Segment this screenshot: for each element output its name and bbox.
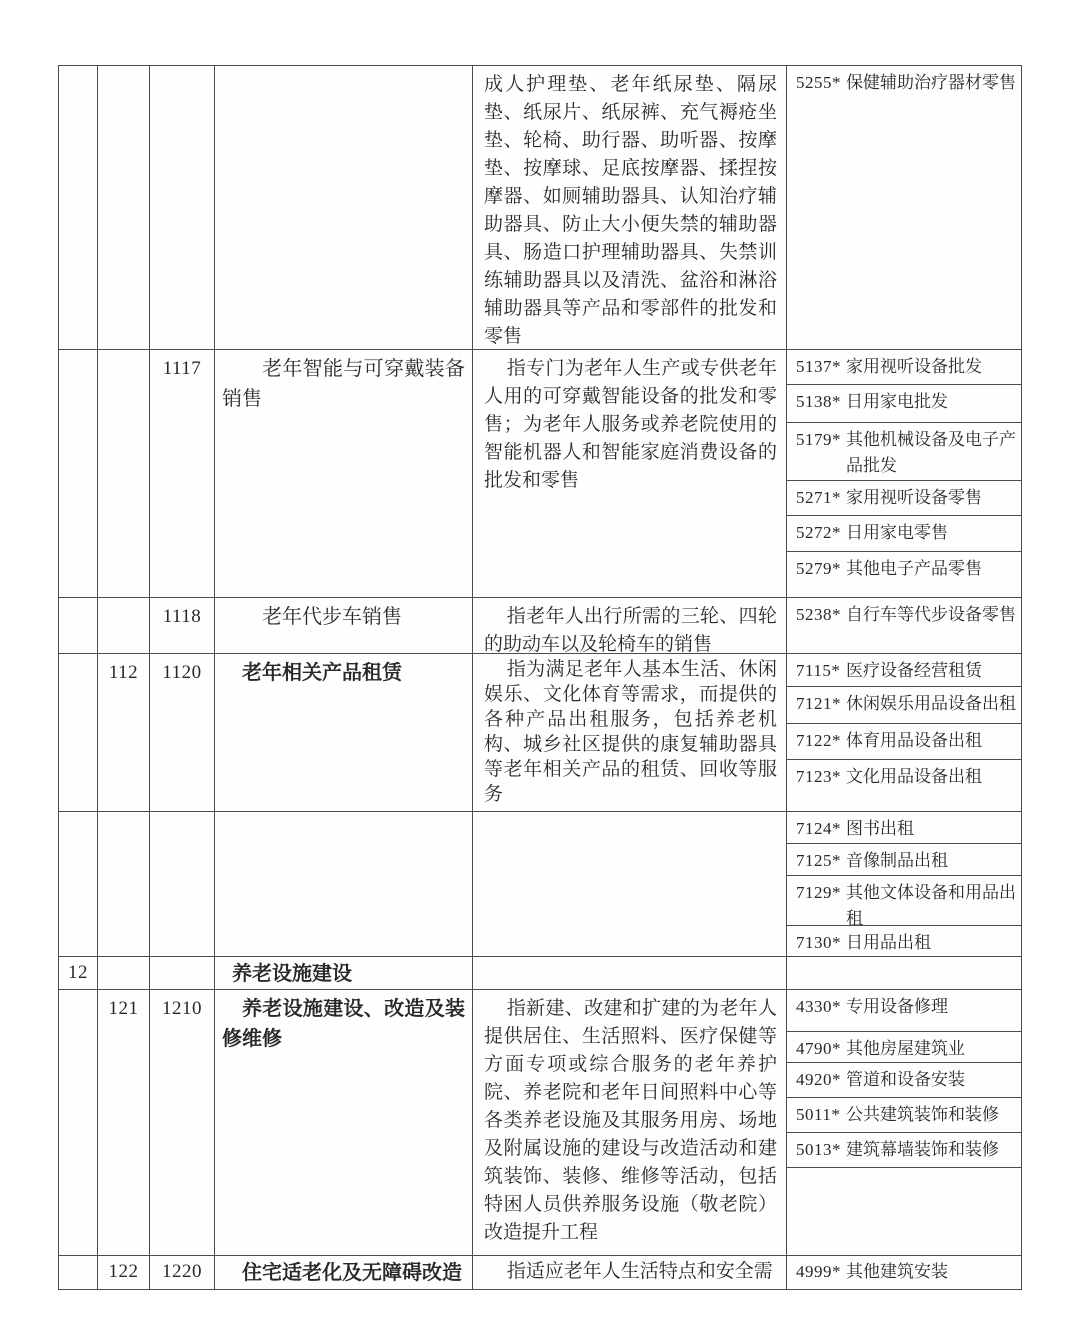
description-text: 指新建、改建和扩建的为老年人提供居住、生活照料、医疗保健等方面专项或综合服务的老… [484, 995, 777, 1247]
level3-code: 1120 [162, 662, 201, 683]
level2-code: 112 [109, 662, 138, 683]
industry-code-entry: 5255* 保健辅助治疗器材零售 [787, 66, 1021, 349]
description-text: 指为满足老年人基本生活、休闲娱乐、文化体育等需求，而提供的各种产品出租服务，包括… [484, 657, 777, 807]
industry-code-number: 5013* [796, 1137, 846, 1163]
level1-code-cell [59, 598, 98, 653]
table-row: 12 养老设施建设 [59, 957, 1021, 990]
description-cell [473, 812, 787, 956]
category-name-cell: 住宅适老化及无障碍改造 [215, 1256, 473, 1289]
table-row: 成人护理垫、老年纸尿垫、隔尿垫、纸尿片、纸尿裤、充气褥疮坐垫、轮椅、助行器、助听… [59, 66, 1021, 350]
industry-code-label: 日用家电批发 [846, 389, 1017, 415]
description-text: 指专门为老年人生产或专供老年人用的可穿戴智能设备的批发和零售；为老年人服务或养老… [484, 355, 777, 495]
description-cell: 指适应老年人生活特点和安全需 [473, 1256, 787, 1289]
industry-code-number: 5137* [796, 354, 846, 380]
industry-code-entry: 7122* 体育用品设备出租 [787, 724, 1021, 761]
industry-codes-cell: 7115* 医疗设备经营租赁 7121* 休闲娱乐用品设备出租 7122* 体育… [787, 654, 1021, 811]
industry-code-label: 专用设备修理 [846, 994, 1017, 1020]
level3-code: 1117 [163, 358, 202, 379]
industry-code-number: 4790* [796, 1036, 846, 1062]
industry-codes-cell: 4999* 其他建筑安装 [787, 1256, 1021, 1289]
category-name-cell [215, 66, 473, 349]
industry-code-number: 5179* [796, 427, 846, 453]
industry-code-label: 图书出租 [846, 816, 1017, 842]
industry-code-label: 日用家电零售 [846, 520, 1017, 546]
industry-code-label: 建筑幕墙装饰和装修 [846, 1137, 1017, 1163]
industry-code-number: 7130* [796, 930, 846, 956]
table-row: 1118 老年代步车销售 指老年人出行所需的三轮、四轮的助动车以及轮椅车的销售 … [59, 598, 1021, 654]
industry-code-entry: 4790* 其他房屋建筑业 [787, 1032, 1021, 1063]
level3-code-cell [150, 66, 215, 349]
industry-code-label: 休闲娱乐用品设备出租 [846, 691, 1017, 717]
industry-code-entry: 5138* 日用家电批发 [787, 385, 1021, 423]
industry-code-label: 家用视听设备零售 [846, 485, 1017, 511]
industry-code-number: 4920* [796, 1067, 846, 1093]
industry-code-number: 4999* [796, 1259, 846, 1285]
category-name-cell [215, 812, 473, 956]
table-row: 1117 老年智能与可穿戴装备销售 指专门为老年人生产或专供老年人用的可穿戴智能… [59, 350, 1021, 598]
industry-code-number: 7122* [796, 728, 846, 754]
table-row: 122 1220 住宅适老化及无障碍改造 指适应老年人生活特点和安全需 4999… [59, 1256, 1021, 1289]
industry-code-label: 其他建筑安装 [846, 1259, 1017, 1285]
industry-code-number: 5271* [796, 485, 846, 511]
industry-codes-cell: 4330* 专用设备修理 4790* 其他房屋建筑业 4920* 管道和设备安装… [787, 990, 1021, 1255]
industry-code-number: 7124* [796, 816, 846, 842]
page: { "document": { "kind": "老龄产业分类统计表（扫描页）"… [0, 0, 1080, 1322]
description-cell: 成人护理垫、老年纸尿垫、隔尿垫、纸尿片、纸尿裤、充气褥疮坐垫、轮椅、助行器、助听… [473, 66, 787, 349]
industry-code-entry: 5272* 日用家电零售 [787, 516, 1021, 552]
level2-code-cell: 121 [98, 990, 150, 1255]
industry-code-label: 音像制品出租 [846, 848, 1017, 874]
industry-code-entry: 7129* 其他文体设备和用品出租 [787, 876, 1021, 926]
industry-code-label: 日用品出租 [846, 930, 1017, 956]
level1-code-cell: 12 [59, 957, 98, 989]
industry-code-entry: 4920* 管道和设备安装 [787, 1063, 1021, 1098]
industry-code-entry: 7123* 文化用品设备出租 [787, 760, 1021, 811]
level1-code-cell [59, 812, 98, 956]
description-cell: 指专门为老年人生产或专供老年人用的可穿戴智能设备的批发和零售；为老年人服务或养老… [473, 350, 787, 597]
industry-code-entry: 4999* 其他建筑安装 [787, 1256, 1021, 1288]
level3-code: 1210 [162, 998, 202, 1019]
level2-code-cell [98, 66, 150, 349]
industry-code-number: 5272* [796, 520, 846, 546]
industry-code-entry: 7130* 日用品出租 [787, 926, 1021, 956]
category-name: 老年代步车销售 [222, 602, 465, 632]
industry-code-entry: 7115* 医疗设备经营租赁 [787, 654, 1021, 687]
industry-code-entry: 5271* 家用视听设备零售 [787, 481, 1021, 516]
level1-code-cell [59, 350, 98, 597]
level2-code-cell: 122 [98, 1256, 150, 1289]
industry-code-entry: 5011* 公共建筑装饰和装修 [787, 1098, 1021, 1133]
category-name: 老年相关产品租赁 [222, 658, 465, 688]
category-name: 住宅适老化及无障碍改造 [222, 1258, 465, 1288]
industry-code-number: 7115* [796, 658, 846, 684]
industry-code-label: 其他文体设备和用品出租 [846, 880, 1017, 932]
level1-code-cell [59, 66, 98, 349]
industry-codes-cell: 5238* 自行车等代步设备零售 [787, 598, 1021, 653]
level1-code: 12 [68, 962, 88, 983]
industry-code-number: 7123* [796, 764, 846, 790]
level3-code-cell: 1210 [150, 990, 215, 1255]
category-name-cell: 养老设施建设、改造及装修维修 [215, 990, 473, 1255]
level3-code-cell [150, 957, 215, 989]
industry-code-label: 公共建筑装饰和装修 [846, 1102, 1017, 1128]
industry-code-label: 家用视听设备批发 [846, 354, 1017, 380]
level3-code: 1220 [162, 1261, 202, 1282]
industry-codes-cell: 5137* 家用视听设备批发 5138* 日用家电批发 5179* 其他机械设备… [787, 350, 1021, 597]
industry-code-number: 7129* [796, 880, 846, 906]
industry-code-label: 医疗设备经营租赁 [846, 658, 1017, 684]
description-cell [473, 957, 787, 989]
level3-code-cell: 1220 [150, 1256, 215, 1289]
category-name: 老年智能与可穿戴装备销售 [222, 354, 465, 414]
level2-code-cell [98, 598, 150, 653]
industry-code-label: 体育用品设备出租 [846, 728, 1017, 754]
industry-code-entry: 7125* 音像制品出租 [787, 844, 1021, 876]
industry-code-number: 7121* [796, 691, 846, 717]
description-cell: 指新建、改建和扩建的为老年人提供居住、生活照料、医疗保健等方面专项或综合服务的老… [473, 990, 787, 1255]
industry-code-number: 7125* [796, 848, 846, 874]
industry-code-label: 管道和设备安装 [846, 1067, 1017, 1093]
level2-code-cell [98, 350, 150, 597]
industry-code-label: 文化用品设备出租 [846, 764, 1017, 790]
industry-code-number: 5138* [796, 389, 846, 415]
table-row: 112 1120 老年相关产品租赁 指为满足老年人基本生活、休闲娱乐、文化体育等… [59, 654, 1021, 812]
industry-code-number: 5279* [796, 556, 846, 582]
industry-code-entry: 5279* 其他电子产品零售 [787, 552, 1021, 597]
industry-code-entry: 5179* 其他机械设备及电子产品批发 [787, 423, 1021, 482]
category-name: 养老设施建设 [222, 959, 465, 989]
industry-code-entry: 5238* 自行车等代步设备零售 [787, 598, 1021, 653]
description-text: 指适应老年人生活特点和安全需 [484, 1258, 777, 1286]
description-text: 指老年人出行所需的三轮、四轮的助动车以及轮椅车的销售 [484, 603, 777, 653]
industry-code-label: 自行车等代步设备零售 [846, 602, 1017, 628]
classification-table: 成人护理垫、老年纸尿垫、隔尿垫、纸尿片、纸尿裤、充气褥疮坐垫、轮椅、助行器、助听… [58, 65, 1022, 1290]
industry-code-entry: 4330* 专用设备修理 [787, 990, 1021, 1032]
category-name-cell: 养老设施建设 [215, 957, 473, 989]
industry-code-label: 保健辅助治疗器材零售 [846, 70, 1017, 96]
description-text: 成人护理垫、老年纸尿垫、隔尿垫、纸尿片、纸尿裤、充气褥疮坐垫、轮椅、助行器、助听… [484, 71, 777, 349]
category-name-cell: 老年智能与可穿戴装备销售 [215, 350, 473, 597]
level2-code: 121 [109, 998, 139, 1019]
industry-code-number: 5238* [796, 602, 846, 628]
level3-code: 1118 [163, 606, 202, 627]
level3-code-cell: 1118 [150, 598, 215, 653]
category-name: 养老设施建设、改造及装修维修 [222, 994, 465, 1054]
level1-code-cell [59, 1256, 98, 1289]
level2-code-cell [98, 957, 150, 989]
industry-codes-cell [787, 957, 1021, 989]
industry-code-entry: 7121* 休闲娱乐用品设备出租 [787, 687, 1021, 724]
industry-code-entry: 5137* 家用视听设备批发 [787, 350, 1021, 385]
industry-code-number: 5255* [796, 70, 846, 96]
level2-code-cell: 112 [98, 654, 150, 811]
description-cell: 指为满足老年人基本生活、休闲娱乐、文化体育等需求，而提供的各种产品出租服务，包括… [473, 654, 787, 811]
level1-code-cell [59, 654, 98, 811]
level2-code-cell [98, 812, 150, 956]
industry-code-label: 其他电子产品零售 [846, 556, 1017, 582]
level3-code-cell [150, 812, 215, 956]
level1-code-cell [59, 990, 98, 1255]
level3-code-cell: 1120 [150, 654, 215, 811]
industry-code-number: 5011* [796, 1102, 846, 1128]
industry-code-label: 其他机械设备及电子产品批发 [846, 427, 1017, 479]
category-name-cell: 老年代步车销售 [215, 598, 473, 653]
level3-code-cell: 1117 [150, 350, 215, 597]
industry-codes-cell: 7124* 图书出租 7125* 音像制品出租 7129* 其他文体设备和用品出… [787, 812, 1021, 956]
industry-code-number: 4330* [796, 994, 846, 1020]
table-row: 7124* 图书出租 7125* 音像制品出租 7129* 其他文体设备和用品出… [59, 812, 1021, 957]
description-cell: 指老年人出行所需的三轮、四轮的助动车以及轮椅车的销售 [473, 598, 787, 653]
table-row: 121 1210 养老设施建设、改造及装修维修 指新建、改建和扩建的为老年人提供… [59, 990, 1021, 1256]
category-name-cell: 老年相关产品租赁 [215, 654, 473, 811]
industry-code-label: 其他房屋建筑业 [846, 1036, 1017, 1062]
industry-code-entry: 7124* 图书出租 [787, 812, 1021, 844]
industry-codes-cell: 5255* 保健辅助治疗器材零售 [787, 66, 1021, 349]
industry-codes-filler [787, 1168, 1021, 1255]
level2-code: 122 [109, 1261, 139, 1282]
industry-code-entry: 5013* 建筑幕墙装饰和装修 [787, 1133, 1021, 1168]
